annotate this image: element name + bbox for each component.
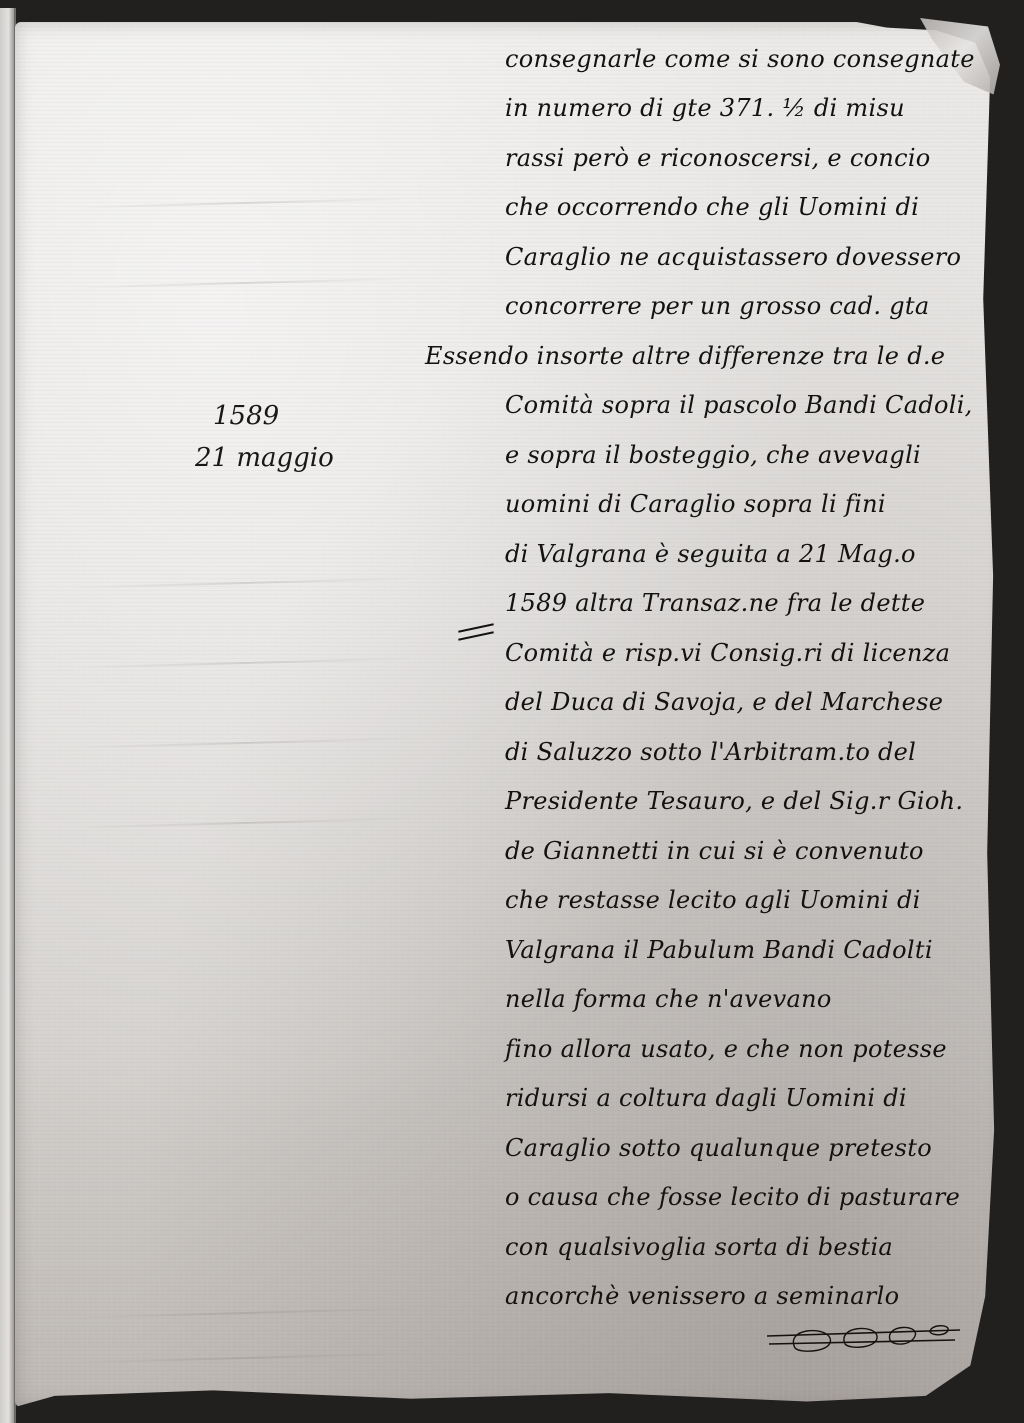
- document-scan: 1589 21 maggio consegnarle come si sono …: [0, 0, 1024, 1423]
- previous-page-edge: [0, 8, 16, 1423]
- text-line: Caraglio sotto qualunque pretesto: [505, 1134, 932, 1162]
- text-line: Comità e risp.vi Consig.ri di licenza: [505, 639, 950, 667]
- text-line: Comità sopra il pascolo Bandi Cadoli,: [505, 391, 973, 419]
- bleed-through-line: [75, 658, 415, 669]
- text-line: rassi però e riconoscersi, e concio: [505, 144, 931, 172]
- bleed-through-line: [75, 278, 415, 289]
- margin-note-year: 1589: [195, 395, 365, 437]
- text-line: uomini di Caraglio sopra li fini: [505, 490, 886, 518]
- text-line: con qualsivoglia sorta di bestia: [505, 1233, 893, 1261]
- closing-flourish-icon: [765, 1318, 965, 1358]
- text-line: Presidente Tesauro, e del Sig.r Gioh.: [505, 787, 963, 815]
- bleed-through-line: [75, 578, 415, 589]
- text-line: Valgrana il Pabulum Bandi Cadolti: [505, 936, 933, 964]
- text-line: in numero di gte 371. ½ di misu: [505, 94, 905, 122]
- margin-note-date: 21 maggio: [195, 437, 365, 479]
- text-line: Caraglio ne acquistassero dovessero: [505, 243, 961, 271]
- text-line: concorrere per un grosso cad. gta: [505, 292, 930, 320]
- bleed-through-line: [75, 1353, 415, 1364]
- text-line: di Saluzzo sotto l'Arbitram.to del: [505, 738, 916, 766]
- margin-note: 1589 21 maggio: [195, 395, 365, 479]
- text-line: del Duca di Savoja, e del Marchese: [505, 688, 943, 716]
- text-line: ridursi a coltura dagli Uomini di: [505, 1084, 907, 1112]
- double-stroke-mark: [458, 624, 498, 640]
- bleed-through-line: [75, 1308, 415, 1319]
- text-line: fino allora usato, e che non potesse: [505, 1035, 947, 1063]
- bleed-through-line: [75, 198, 415, 209]
- bleed-through-line: [75, 738, 415, 749]
- bleed-through-line: [75, 818, 415, 829]
- text-line: o causa che fosse lecito di pasturare: [505, 1183, 960, 1211]
- text-line: de Giannetti in cui si è convenuto: [505, 837, 924, 865]
- text-line: che restasse lecito agli Uomini di: [505, 886, 921, 914]
- text-line: nella forma che n'avevano: [505, 985, 832, 1013]
- text-line: 1589 altra Transaz.ne fra le dette: [505, 589, 925, 617]
- text-line: e sopra il bosteggio, che avevagli: [505, 441, 921, 469]
- text-line: che occorrendo che gli Uomini di: [505, 193, 919, 221]
- text-line: di Valgrana è seguita a 21 Mag.o: [505, 540, 916, 568]
- text-line: consegnarle come si sono consegnate: [505, 45, 975, 73]
- text-line: ancorchè venissero a seminarlo: [505, 1282, 899, 1310]
- text-line: Essendo insorte altre differenze tra le …: [425, 342, 945, 370]
